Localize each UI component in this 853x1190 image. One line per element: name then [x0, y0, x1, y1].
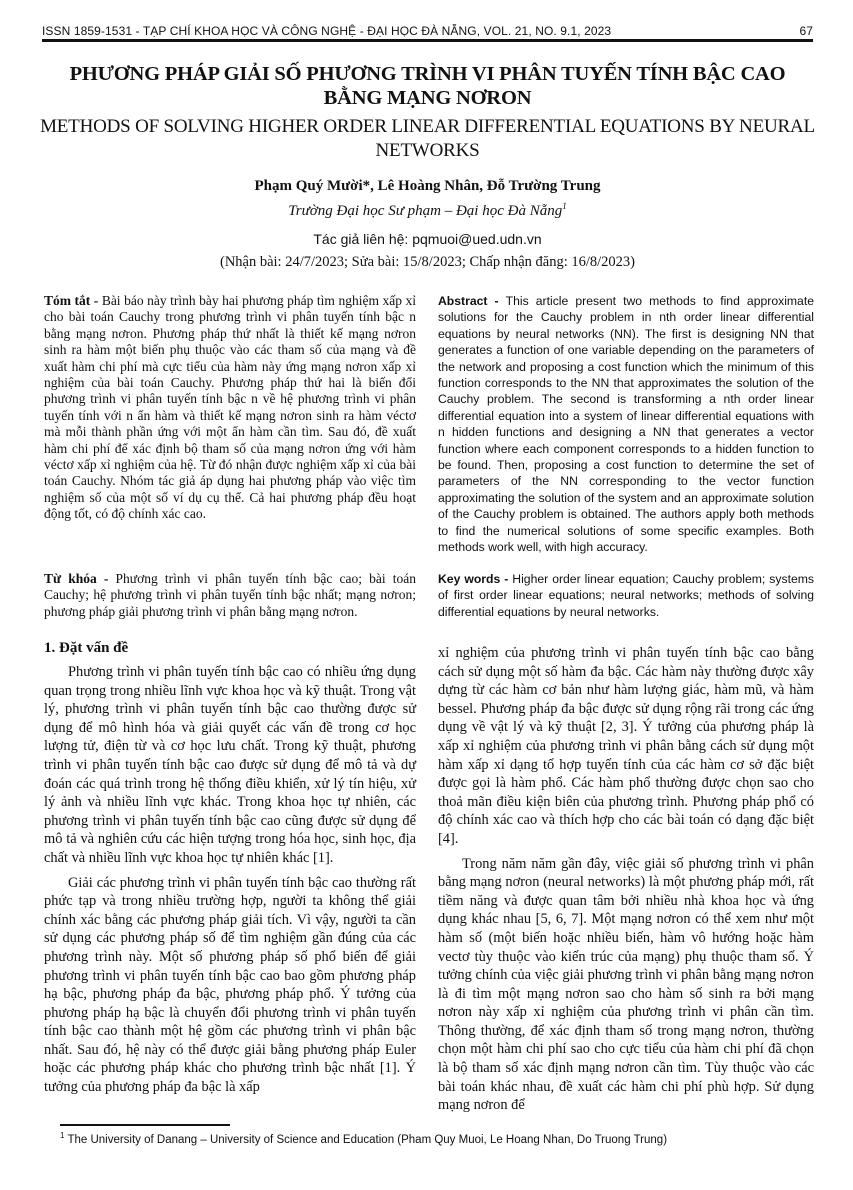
body-column-right: xỉ nghiệm của phương trình vi phân tuyến… — [438, 644, 814, 1121]
title-english: METHODS OF SOLVING HIGHER ORDER LINEAR D… — [40, 115, 815, 163]
footnote-divider — [60, 1124, 230, 1126]
affiliation: Trường Đại học Sư phạm – Đại học Đà Nẵng… — [40, 201, 815, 220]
body-paragraph: Phương trình vi phân tuyến tính bậc cao … — [44, 663, 416, 868]
section-heading: 1. Đặt vấn đề — [44, 640, 128, 657]
keywords-english: Key words - Higher order linear equation… — [438, 571, 814, 620]
abstract-english: Abstract - This article present two meth… — [438, 293, 814, 556]
abstract-en-label: Abstract - — [438, 294, 506, 308]
affiliation-text: Trường Đại học Sư phạm – Đại học Đà Nẵng — [288, 203, 562, 219]
abstract-en-text: This article present two methods to find… — [438, 294, 814, 554]
corresponding-author: Tác giả liên hệ: pqmuoi@ued.udn.vn — [40, 231, 815, 247]
title-vietnamese: PHƯƠNG PHÁP GIẢI SỐ PHƯƠNG TRÌNH VI PHÂN… — [40, 62, 815, 110]
author-list: Phạm Quý Mười*, Lê Hoàng Nhân, Đỗ Trường… — [40, 178, 815, 195]
body-paragraph: Giải các phương trình vi phân tuyến tính… — [44, 874, 416, 1097]
abstract-vi-text: Bài báo này trình bày hai phương pháp tì… — [44, 293, 416, 521]
keywords-en-label: Key words - — [438, 572, 512, 586]
footnote-text: The University of Danang – University of… — [64, 1134, 667, 1146]
keywords-vi-label: Từ khóa - — [44, 571, 116, 586]
affiliation-footnote-mark: 1 — [562, 201, 567, 211]
contact-label: Tác giả liên hệ: — [313, 231, 412, 247]
footnote: 1 The University of Danang – University … — [60, 1131, 820, 1146]
body-paragraph: Trong năm năm gần đây, việc giải số phươ… — [438, 855, 814, 1115]
journal-header: ISSN 1859-1531 - TẠP CHÍ KHOA HỌC VÀ CÔN… — [42, 20, 813, 42]
submission-dates: (Nhận bài: 24/7/2023; Sửa bài: 15/8/2023… — [40, 254, 815, 271]
keywords-vietnamese: Từ khóa - Phương trình vi phân tuyến tín… — [44, 571, 416, 620]
body-paragraph: xỉ nghiệm của phương trình vi phân tuyến… — [438, 644, 814, 849]
page-number: 67 — [799, 24, 813, 38]
journal-citation: ISSN 1859-1531 - TẠP CHÍ KHOA HỌC VÀ CÔN… — [42, 24, 611, 38]
abstract-vi-label: Tóm tắt - — [44, 293, 102, 308]
contact-email[interactable]: pqmuoi@ued.udn.vn — [412, 231, 541, 247]
abstract-vietnamese: Tóm tắt - Bài báo này trình bày hai phươ… — [44, 293, 416, 523]
body-column-left: Phương trình vi phân tuyến tính bậc cao … — [44, 663, 416, 1103]
